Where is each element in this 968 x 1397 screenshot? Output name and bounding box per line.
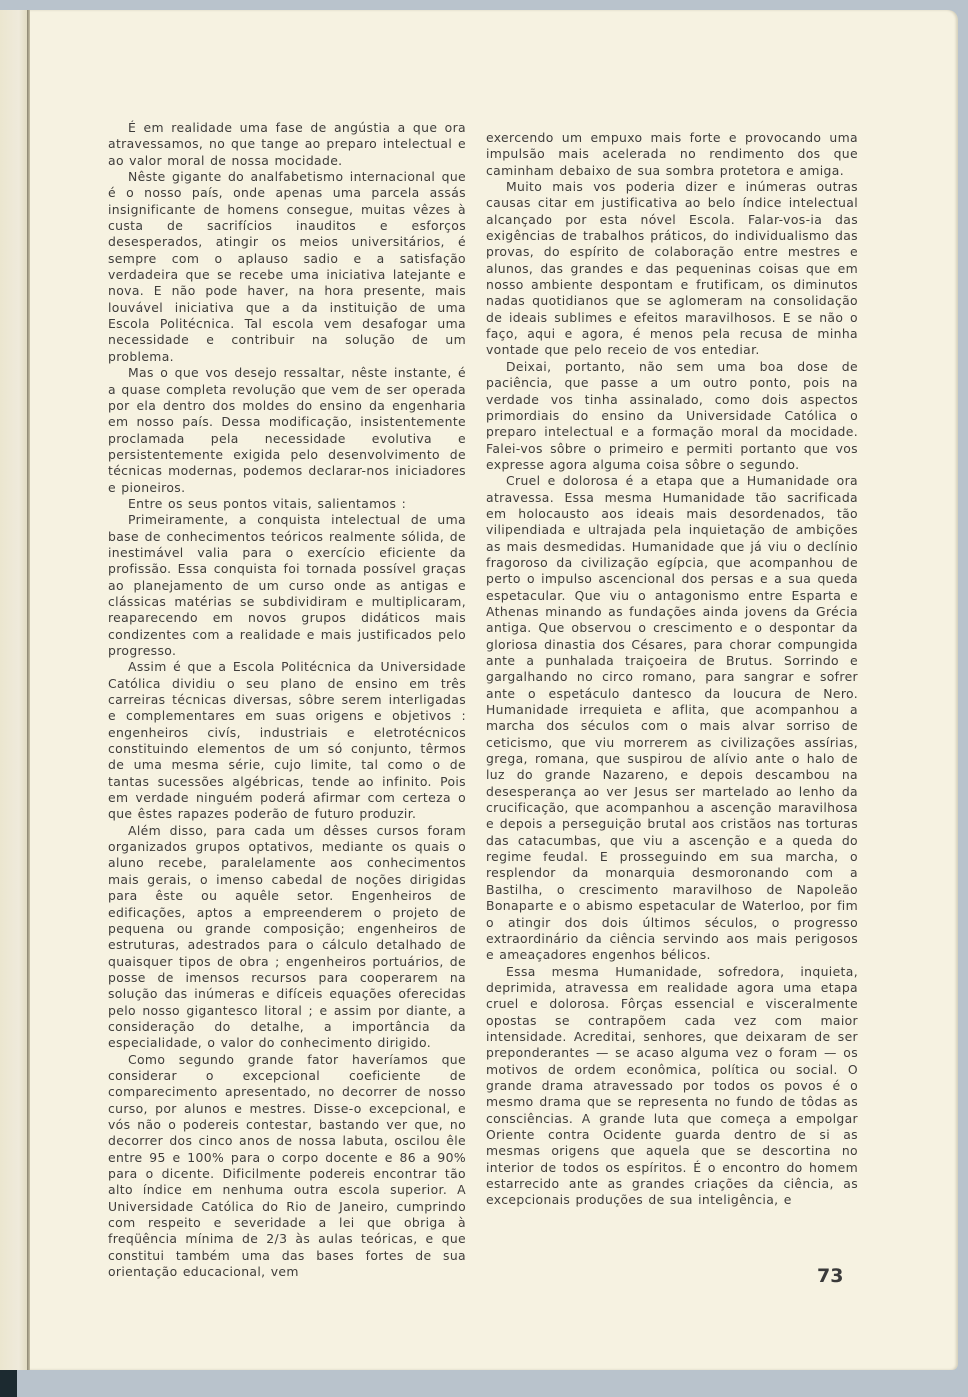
paragraph: Além disso, para cada um dêsses cursos f… <box>108 823 466 1052</box>
paragraph: Entre os seus pontos vitais, salientamos… <box>108 496 466 512</box>
paragraph: Primeiramente, a conquista intelectual d… <box>108 512 466 659</box>
page-fold <box>27 10 30 1370</box>
left-text-column: É em realidade uma fase de angústia a qu… <box>108 120 466 1280</box>
paragraph: Essa mesma Humanidade, sofredora, inquie… <box>486 964 858 1209</box>
right-text-column: exercendo um empuxo mais forte e provoca… <box>486 130 858 1209</box>
page-number: 73 <box>817 1265 843 1287</box>
paragraph: Deixai, portanto, não sem uma boa dose d… <box>486 359 858 473</box>
paragraph: Muito mais vos poderia dizer e inúmeras … <box>486 179 858 359</box>
book-page: É em realidade uma fase de angústia a qu… <box>0 10 958 1370</box>
scanner-corner <box>0 1370 17 1397</box>
paragraph: Como segundo grande fator haveríamos que… <box>108 1052 466 1281</box>
paragraph-continuation: exercendo um empuxo mais forte e provoca… <box>486 130 858 179</box>
paragraph: É em realidade uma fase de angústia a qu… <box>108 120 466 169</box>
paragraph: Nêste gigante do analfabetismo internaci… <box>108 169 466 365</box>
paragraph: Mas o que vos desejo ressaltar, nêste in… <box>108 365 466 496</box>
paragraph: Cruel e dolorosa é a etapa que a Humanid… <box>486 473 858 963</box>
paragraph: Assim é que a Escola Politécnica da Univ… <box>108 659 466 822</box>
binding-strip <box>0 10 27 1370</box>
